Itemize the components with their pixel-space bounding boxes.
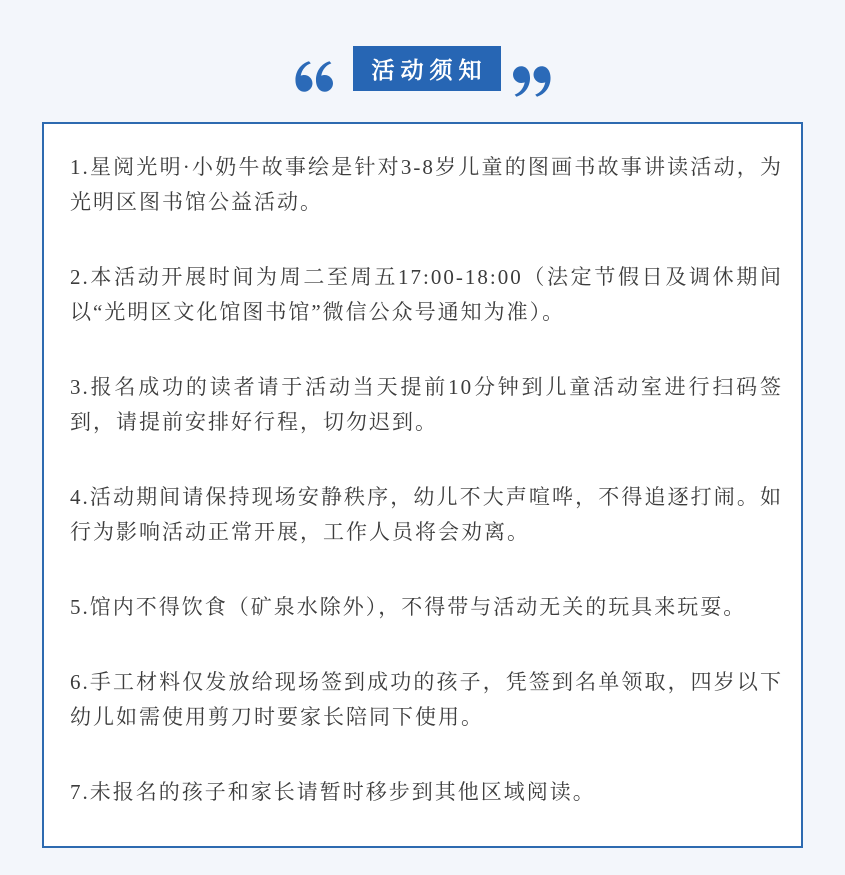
open-quote-icon [295, 61, 333, 92]
page: 活动须知 1.星阅光明·小奶牛故事绘是针对3-8岁儿童的图画书故事讲读活动，为光… [0, 0, 845, 875]
notice-item-7: 7.未报名的孩子和家长请暂时移步到其他区域阅读。 [70, 775, 783, 810]
notice-item-6: 6.手工材料仅发放给现场签到成功的孩子，凭签到名单领取，四岁以下幼儿如需使用剪刀… [70, 665, 783, 735]
close-quote-icon [513, 66, 551, 97]
notice-item-3: 3.报名成功的读者请于活动当天提前10分钟到儿童活动室进行扫码签到，请提前安排好… [70, 370, 783, 440]
notice-title-badge: 活动须知 [353, 46, 501, 91]
notice-item-2: 2.本活动开展时间为周二至周五17:00-18:00（法定节假日及调休期间以“光… [70, 260, 783, 330]
notice-box: 1.星阅光明·小奶牛故事绘是针对3-8岁儿童的图画书故事讲读活动，为光明区图书馆… [42, 122, 803, 848]
notice-item-1: 1.星阅光明·小奶牛故事绘是针对3-8岁儿童的图画书故事讲读活动，为光明区图书馆… [70, 150, 783, 220]
notice-title: 活动须知 [366, 52, 488, 85]
section-header: 活动须知 [0, 46, 845, 91]
notice-item-5: 5.馆内不得饮食（矿泉水除外），不得带与活动无关的玩具来玩耍。 [70, 590, 783, 625]
notice-item-4: 4.活动期间请保持现场安静秩序，幼儿不大声喧哗，不得追逐打闹。如行为影响活动正常… [70, 480, 783, 550]
